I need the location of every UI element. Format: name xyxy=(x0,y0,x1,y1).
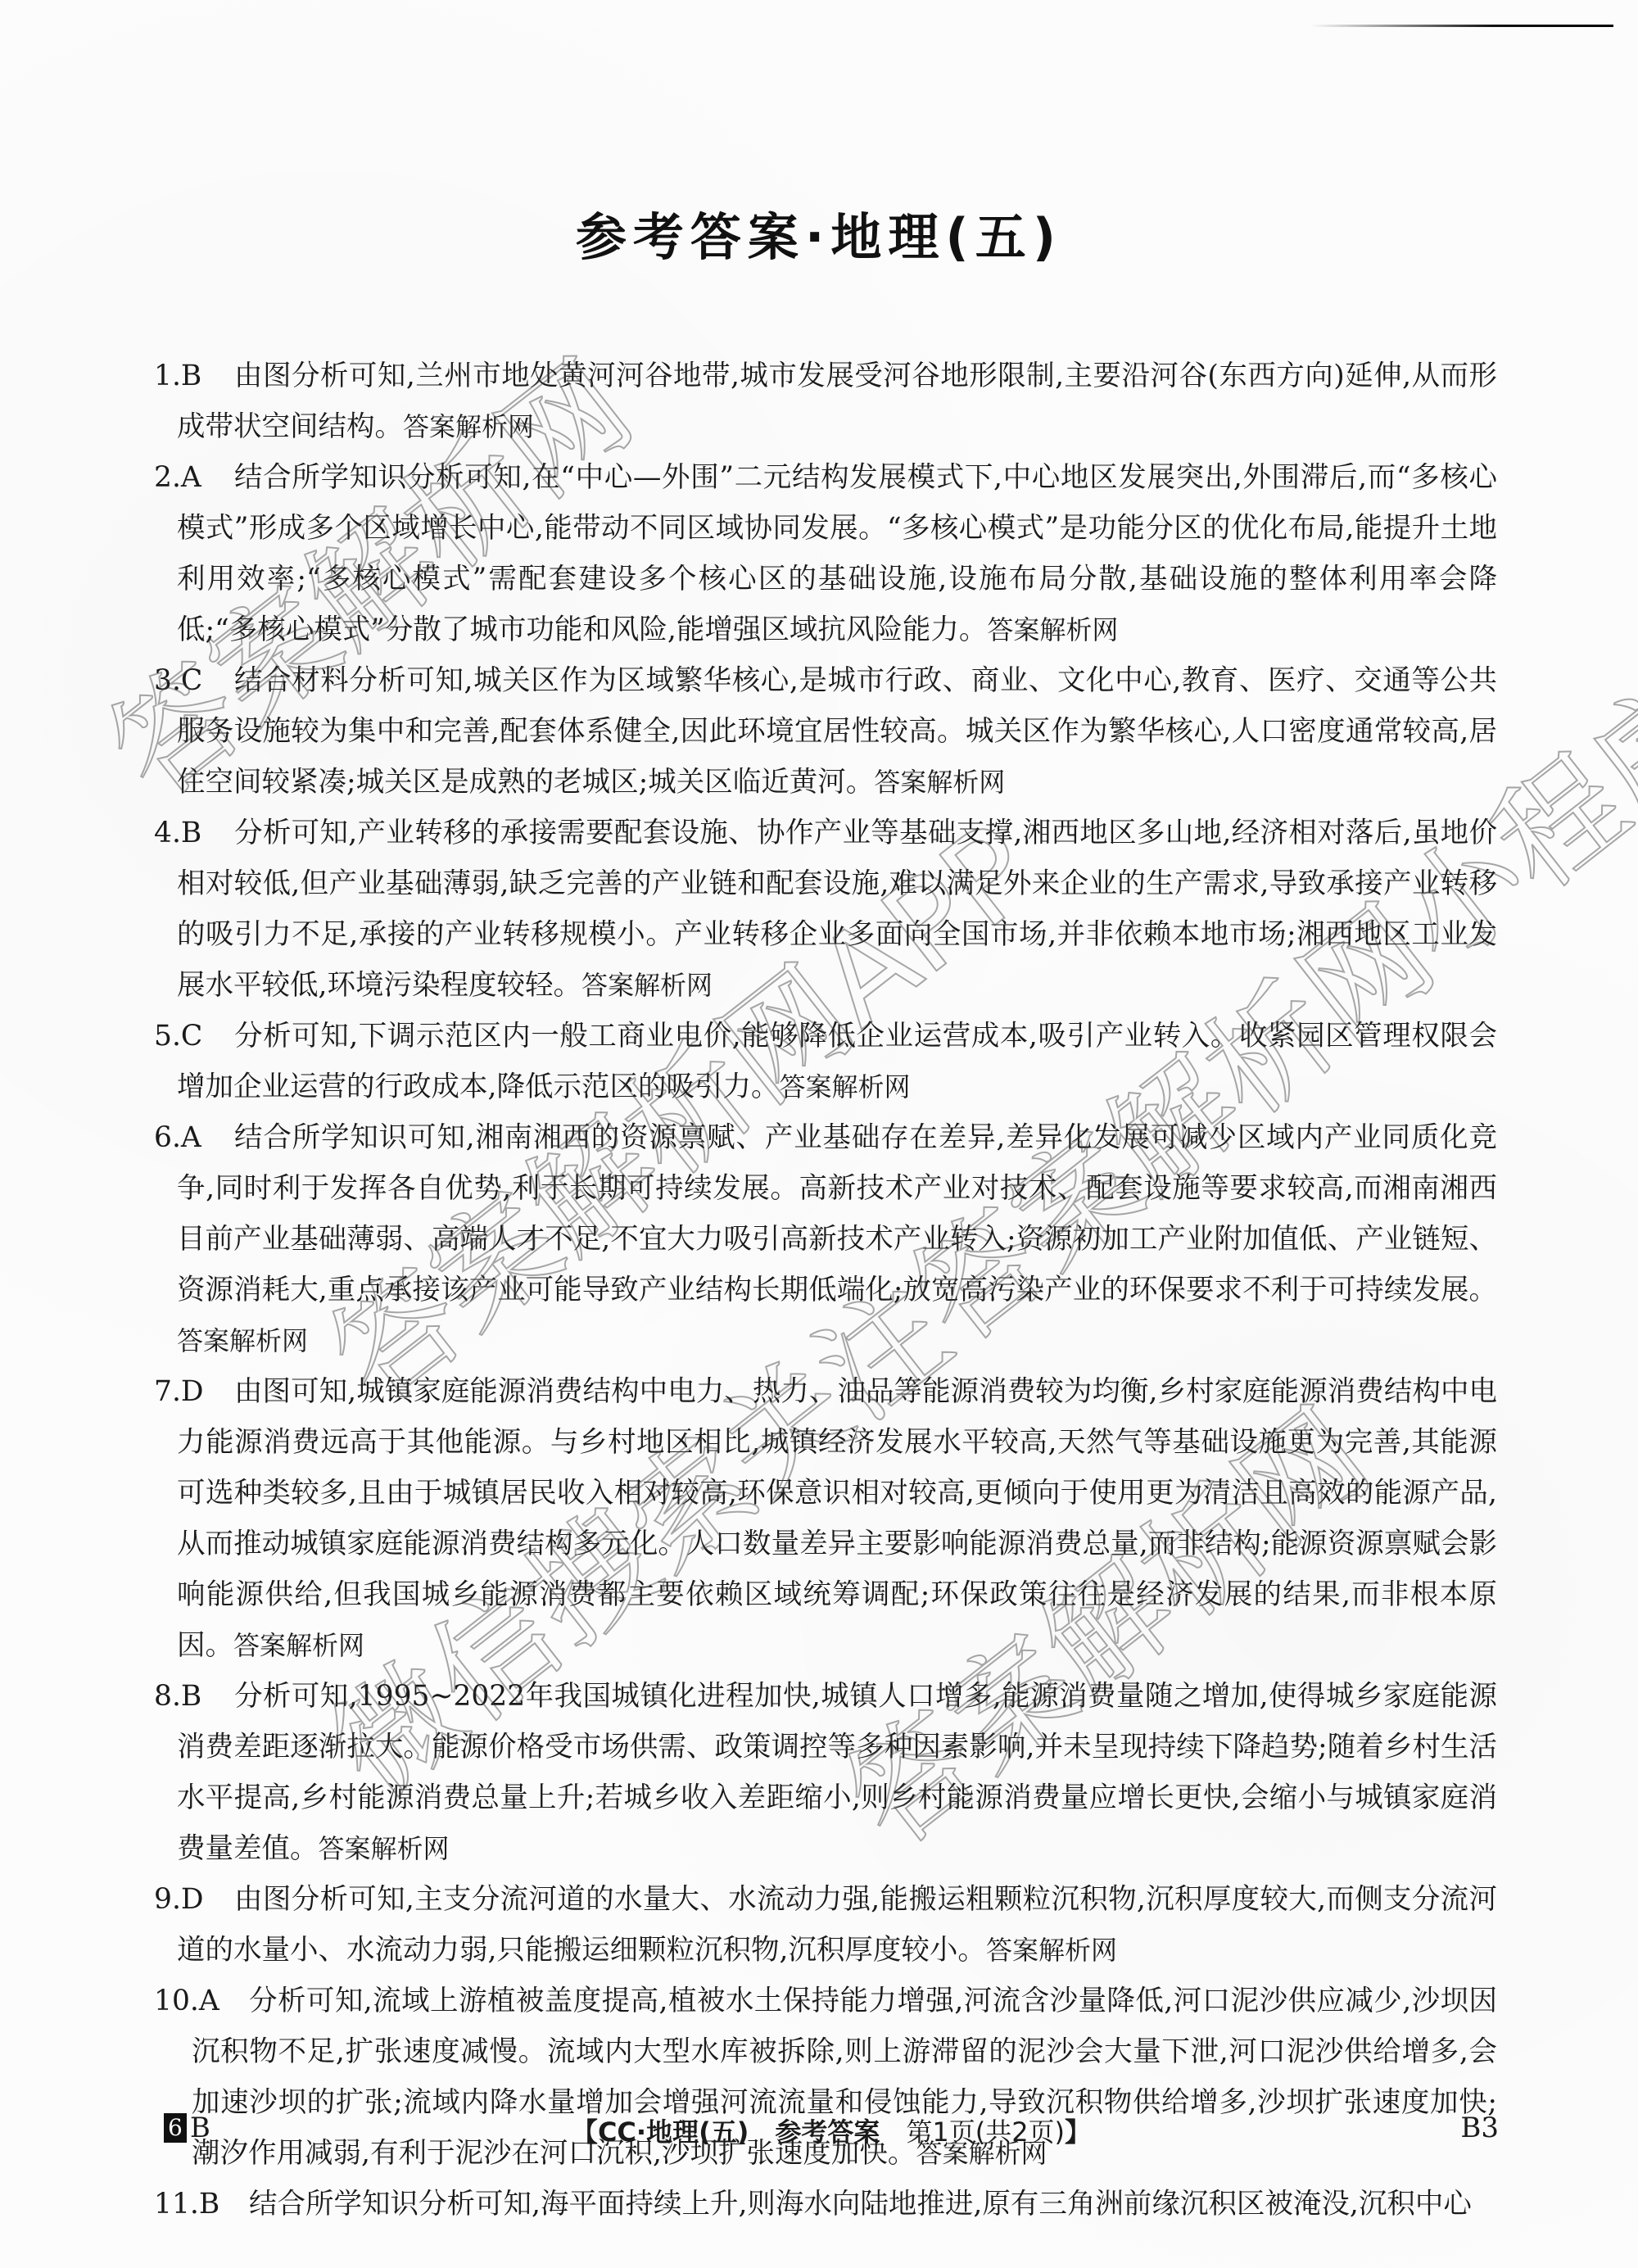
answer-text: 结合材料分析可知,城关区作为区域繁华核心,是城市行政、商业、文化中心,教育、医疗… xyxy=(177,664,1497,799)
answer-item-3: 3.C 结合材料分析可知,城关区作为区域繁华核心,是城市行政、商业、文化中心,教… xyxy=(154,655,1497,808)
answer-number: 6.A xyxy=(154,1112,201,1163)
answer-text: 分析可知,产业转移的承接需要配套设施、协作产业等基础支撑,湘西地区多山地,经济相… xyxy=(177,817,1497,1002)
answer-source: 答案解析网 xyxy=(581,970,713,1001)
answer-item-1: 1.B 由图分析可知,兰州市地处黄河河谷地带,城市发展受河谷地形限制,主要沿河谷… xyxy=(154,351,1497,452)
footer-page-number: 第1页(共2页) xyxy=(906,2116,1065,2148)
answer-source: 答案解析网 xyxy=(177,1325,308,1356)
answer-source: 答案解析网 xyxy=(403,411,534,442)
answer-number: 7.D xyxy=(154,1366,204,1417)
answer-text: 由图可知,城镇家庭能源消费结构中电力、热力、油品等能源消费较为均衡,乡村家庭能源… xyxy=(177,1375,1497,1662)
scan-edge-rule xyxy=(1310,25,1613,27)
footer-right-label: B3 xyxy=(1460,2112,1499,2144)
answer-item-11: 11.B 结合所学知识分析可知,海平面持续上升,则海水向陆地推进,原有三角洲前缘… xyxy=(154,2179,1497,2230)
answer-item-2: 2.A 结合所学知识分析可知,在“中心—外围”二元结构发展模式下,中心地区发展突… xyxy=(154,452,1497,655)
answer-number: 4.B xyxy=(154,808,201,858)
answer-source: 答案解析网 xyxy=(233,1630,364,1661)
answer-text: 由图分析可知,兰州市地处黄河河谷地带,城市发展受河谷地形限制,主要沿河谷(东西方… xyxy=(177,360,1497,443)
answer-item-4: 4.B 分析可知,产业转移的承接需要配套设施、协作产业等基础支撑,湘西地区多山地… xyxy=(154,808,1497,1011)
answer-number: 10.A xyxy=(154,1976,219,2026)
answer-source: 答案解析网 xyxy=(779,1071,910,1102)
answer-text: 结合所学知识可知,湘南湘西的资源禀赋、产业基础存在差异,差异化发展可减少区域内产… xyxy=(177,1121,1497,1306)
answer-item-5: 5.C 分析可知,下调示范区内一般工商业电价,能够降低企业运营成本,吸引产业转入… xyxy=(154,1011,1497,1112)
page-footer: 6 B 【CC·地理(五) 参考答案 第1页(共2页)】 B3 xyxy=(164,2112,1499,2153)
answer-number: 2.A xyxy=(154,452,201,503)
answer-text: 结合所学知识分析可知,在“中心—外围”二元结构发展模式下,中心地区发展突出,外围… xyxy=(177,461,1497,646)
footer-exam-title: CC·地理(五) 参考答案 xyxy=(598,2116,880,2148)
answer-number: 5.C xyxy=(154,1011,202,1062)
footer-bracket-close: 】 xyxy=(1065,2116,1091,2148)
answer-number: 9.D xyxy=(154,1874,204,1925)
footer-center: 【CC·地理(五) 参考答案 第1页(共2页)】 xyxy=(164,2112,1499,2149)
answer-item-9: 9.D 由图分析可知,主支分流河道的水量大、水流动力强,能搬运粗颗粒沉积物,沉积… xyxy=(154,1874,1497,1976)
answer-source: 答案解析网 xyxy=(987,614,1118,645)
answer-item-7: 7.D 由图可知,城镇家庭能源消费结构中电力、热力、油品等能源消费较为均衡,乡村… xyxy=(154,1366,1497,1671)
answer-source: 答案解析网 xyxy=(874,767,1005,798)
answer-number: 1.B xyxy=(154,351,201,401)
answer-text: 由图分析可知,主支分流河道的水量大、水流动力强,能搬运粗颗粒沉积物,沉积厚度较大… xyxy=(177,1883,1497,1967)
answer-key-page: 参考答案·地理(五) 1.B 由图分析可知,兰州市地处黄河河谷地带,城市发展受河… xyxy=(0,0,1638,2268)
answer-number: 3.C xyxy=(154,655,202,706)
answer-item-6: 6.A 结合所学知识可知,湘南湘西的资源禀赋、产业基础存在差异,差异化发展可减少… xyxy=(154,1112,1497,1366)
answer-source: 答案解析网 xyxy=(986,1935,1117,1966)
answer-item-8: 8.B 分析可知,1995~2022年我国城镇化进程加快,城镇人口增多,能源消费… xyxy=(154,1671,1497,1874)
answer-number: 8.B xyxy=(154,1671,201,1722)
answer-source: 答案解析网 xyxy=(319,1833,450,1864)
answer-number: 11.B xyxy=(154,2179,219,2230)
page-title: 参考答案·地理(五) xyxy=(0,197,1638,269)
answer-text: 结合所学知识分析可知,海平面持续上升,则海水向陆地推进,原有三角洲前缘沉积区被淹… xyxy=(249,2188,1472,2220)
footer-bracket-open: 【 xyxy=(572,2116,598,2148)
answers-list: 1.B 由图分析可知,兰州市地处黄河河谷地带,城市发展受河谷地形限制,主要沿河谷… xyxy=(154,351,1497,2230)
